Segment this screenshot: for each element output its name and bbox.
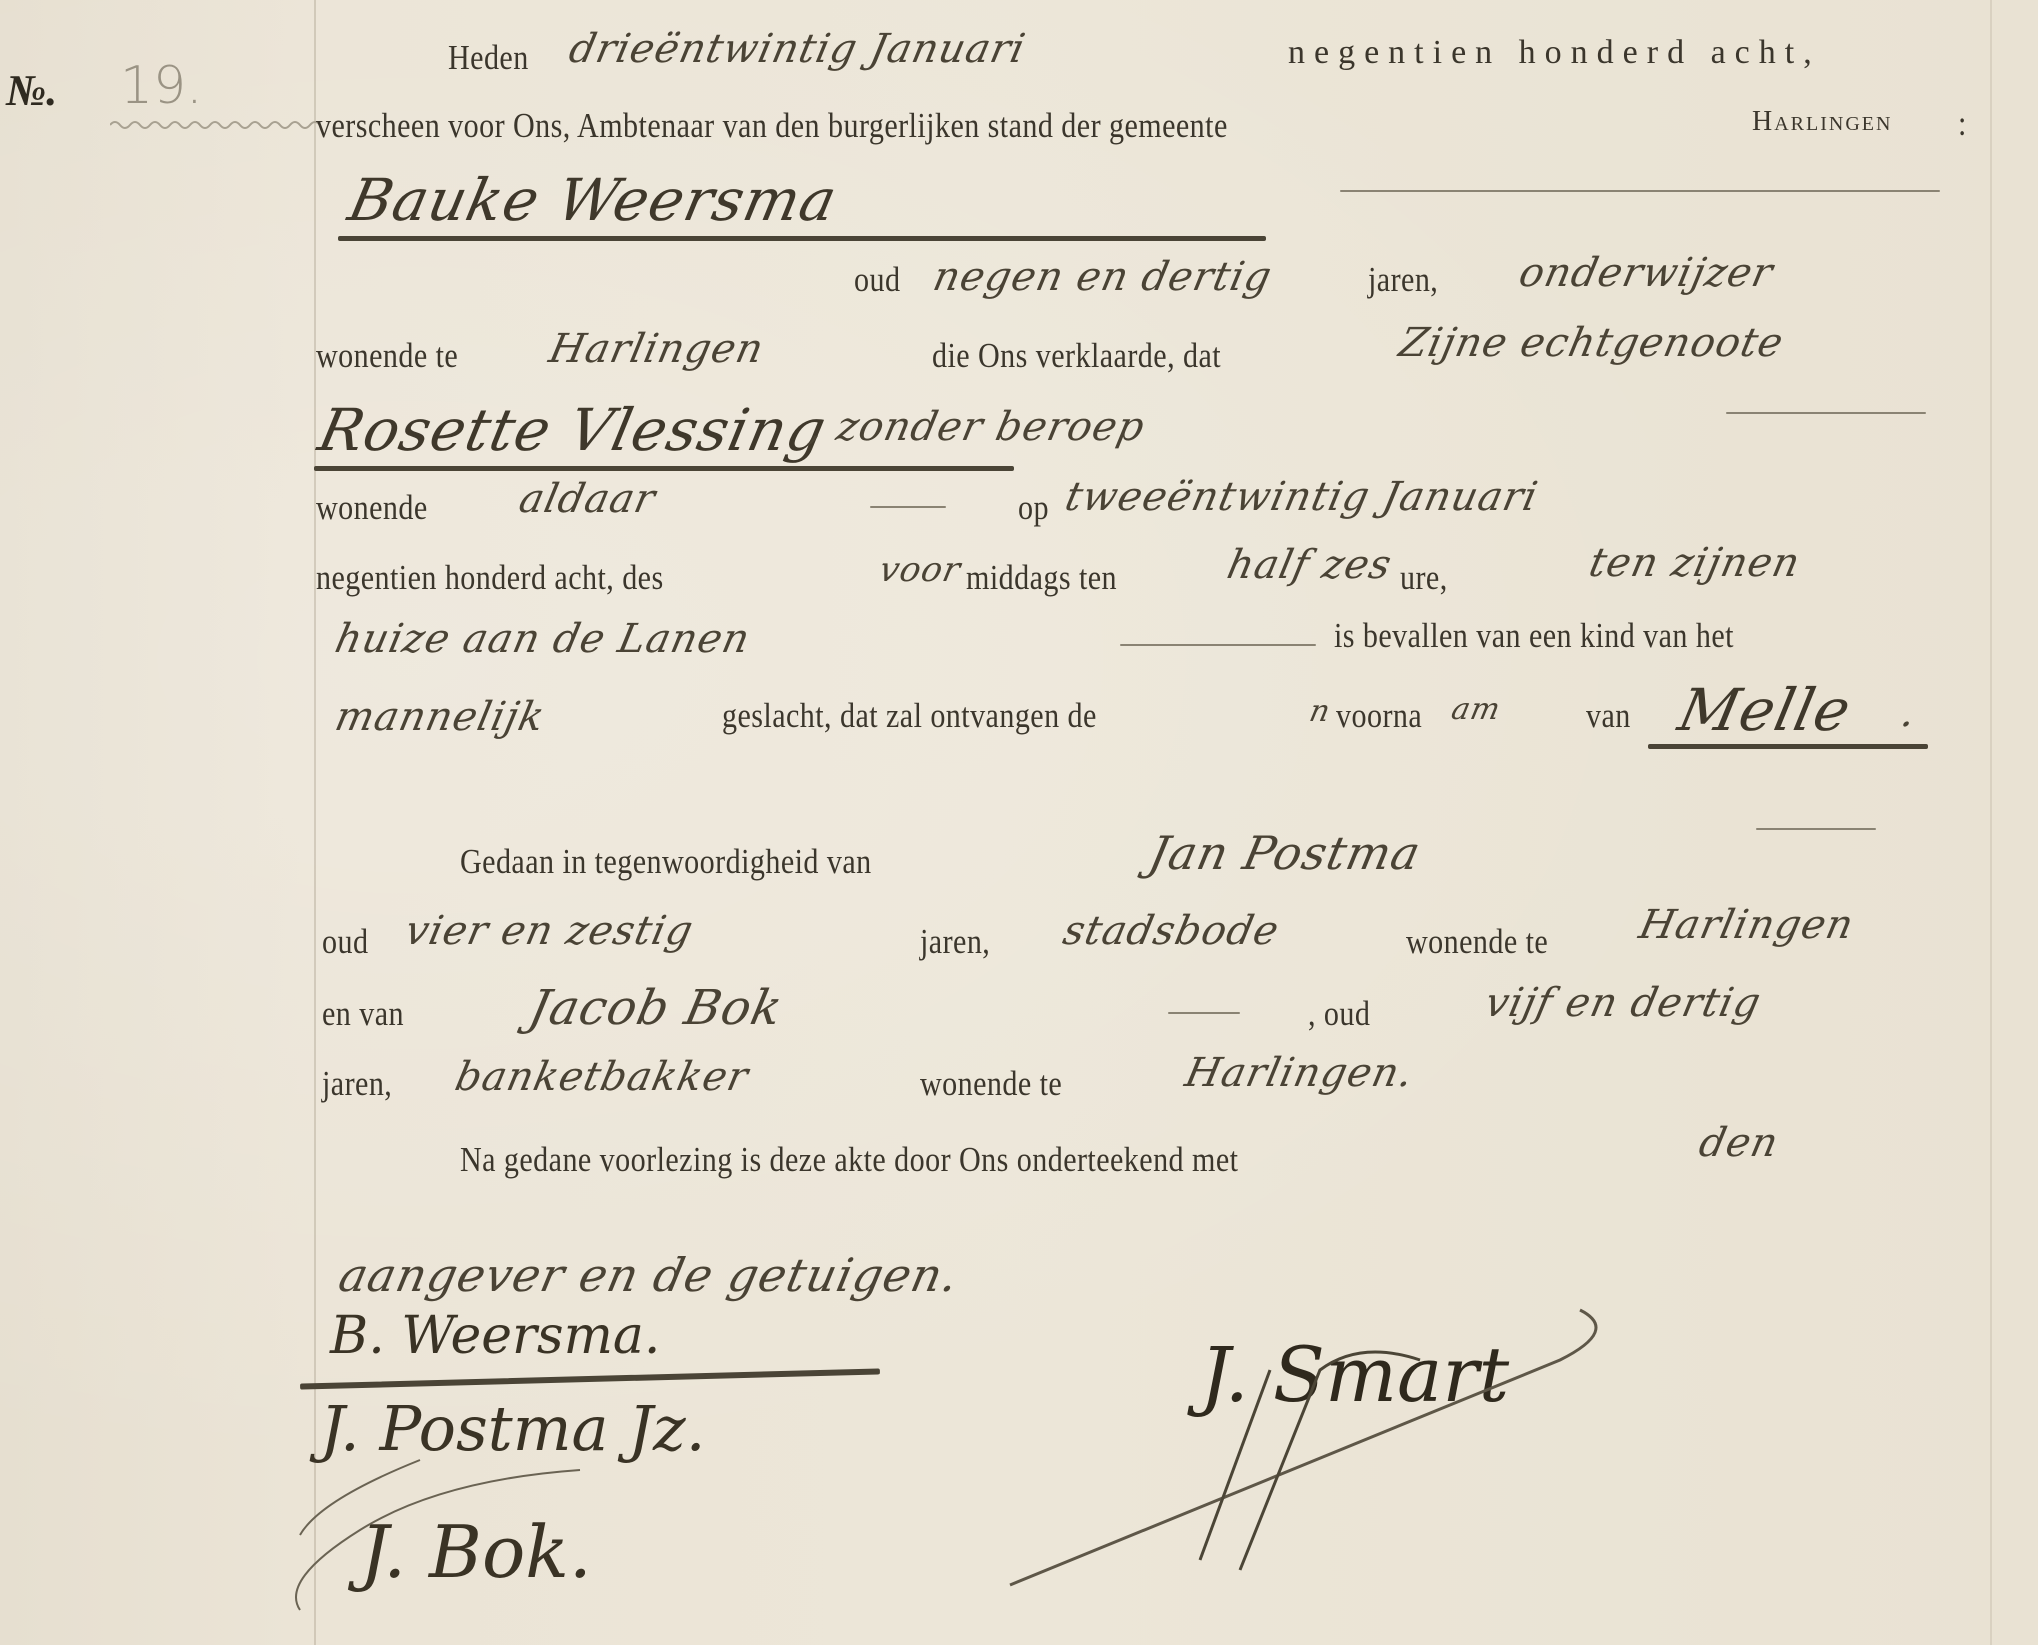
- municipality-name: Harlingen: [1752, 106, 1892, 138]
- hand-declarant-name: Bauke Weersma: [343, 166, 844, 234]
- printed-year-des: negentien honderd acht, des: [316, 558, 664, 598]
- hand-birth-location-b: huize aan de Lanen: [331, 616, 754, 662]
- printed-wonende-te: wonende te: [316, 336, 458, 376]
- fill-line: [1340, 190, 1940, 192]
- printed-jaren: jaren,: [322, 1064, 392, 1104]
- printed-bevallen: is bevallen van een kind van het: [1334, 616, 1734, 656]
- hand-mother-profession: , zonder beroep: [805, 404, 1149, 450]
- underline-declarant: [338, 236, 1266, 241]
- signature-declarant: B. Weersma.: [330, 1306, 660, 1366]
- printed-jaren: jaren,: [920, 922, 990, 962]
- hand-period: .: [1897, 690, 1920, 736]
- printed-op: op: [1018, 488, 1049, 528]
- hand-birth-time: half zes: [1223, 542, 1396, 588]
- printed-colon: :: [1958, 104, 1967, 144]
- civil-record-page: №. 19. Heden drieëntwintig Januari negen…: [0, 0, 2038, 1645]
- hand-witness2-profession: banketbakker: [451, 1054, 753, 1100]
- hand-witness1-age: vier en zestig: [401, 908, 698, 954]
- hand-mother-residence: aldaar: [515, 476, 660, 522]
- printed-year: negentien honderd acht,: [1288, 34, 1821, 72]
- hand-birth-date: tweeëntwintig Januari: [1061, 474, 1542, 520]
- hand-child-name: Melle: [1673, 676, 1858, 744]
- printed-wonende-te: wonende te: [1406, 922, 1548, 962]
- hand-closing: aangever en de getuigen.: [334, 1248, 964, 1302]
- margin-rule: [314, 0, 316, 1645]
- hand-birth-location-a: ten zijnen: [1585, 540, 1804, 586]
- printed-oud: , oud: [1308, 994, 1370, 1034]
- printed-geslacht: geslacht, dat zal ontvangen de: [722, 696, 1097, 736]
- hand-witness2-residence: Harlingen.: [1181, 1050, 1418, 1096]
- hand-mother-name: Rosette Vlessing: [313, 396, 833, 464]
- hand-witness2-age: vijf en dertig: [1481, 980, 1765, 1026]
- hand-witness1-name: Jan Postma: [1144, 826, 1426, 880]
- hand-child-sex: mannelijk: [331, 694, 549, 740]
- signature-flourish-icon: [0, 0, 2038, 1645]
- fill-line: [870, 506, 946, 508]
- printed-voorlezing: Na gedane voorlezing is deze akte door O…: [460, 1140, 1238, 1180]
- printed-verscheen: verscheen voor Ons, Ambtenaar van den bu…: [316, 106, 1228, 146]
- hand-correction-n: n: [1306, 694, 1334, 729]
- hand-declarant-age: negen en dertig: [929, 254, 1276, 300]
- printed-ure: ure,: [1400, 558, 1448, 598]
- hand-declarant-residence: Harlingen: [545, 326, 768, 372]
- hand-date-day: drieëntwintig Januari: [565, 26, 1030, 72]
- printed-verklaarde: die Ons verklaarde, dat: [932, 336, 1221, 376]
- fill-line: [1726, 412, 1926, 414]
- printed-oud: oud: [322, 922, 368, 962]
- signature-registrar: J. Smart: [1200, 1330, 1509, 1419]
- signature-witness1: J. Postma Jz.: [320, 1392, 705, 1465]
- printed-heden: Heden: [448, 38, 529, 78]
- hand-relation: Zijne echtgenoote: [1395, 320, 1788, 366]
- printed-wonende: wonende: [316, 488, 428, 528]
- fill-line: [1120, 644, 1316, 646]
- hand-witness1-residence: Harlingen: [1635, 902, 1858, 948]
- hand-declarant-profession: onderwijzer: [1515, 250, 1777, 296]
- printed-voorna: voorna: [1336, 696, 1422, 736]
- signature-underline: [300, 1368, 880, 1389]
- record-number-value: 19.: [120, 56, 203, 116]
- underline-mother: [314, 466, 1014, 471]
- hand-den: den: [1695, 1120, 1783, 1166]
- printed-van: van: [1586, 696, 1631, 736]
- fill-line: [1756, 828, 1876, 830]
- right-edge-rule: [1990, 0, 1992, 1645]
- printed-wonende-te: wonende te: [920, 1064, 1062, 1104]
- printed-oud: oud: [854, 260, 900, 300]
- wavy-underline-icon: [110, 118, 320, 132]
- hand-correction-am: am: [1448, 692, 1504, 727]
- record-number-label: №.: [6, 65, 57, 116]
- fill-line: [1168, 1012, 1240, 1014]
- printed-middags: middags ten: [966, 558, 1117, 598]
- printed-jaren: jaren,: [1368, 260, 1438, 300]
- hand-witness2-name: Jacob Bok: [524, 980, 788, 1036]
- printed-gedaan: Gedaan in tegenwoordigheid van: [460, 842, 872, 882]
- underline-child-name: [1648, 744, 1928, 749]
- hand-witness1-profession: stadsbode: [1059, 908, 1283, 954]
- hand-ampm: voor: [876, 550, 965, 590]
- signature-witness2: J. Bok.: [360, 1510, 592, 1594]
- printed-en-van: en van: [322, 994, 404, 1034]
